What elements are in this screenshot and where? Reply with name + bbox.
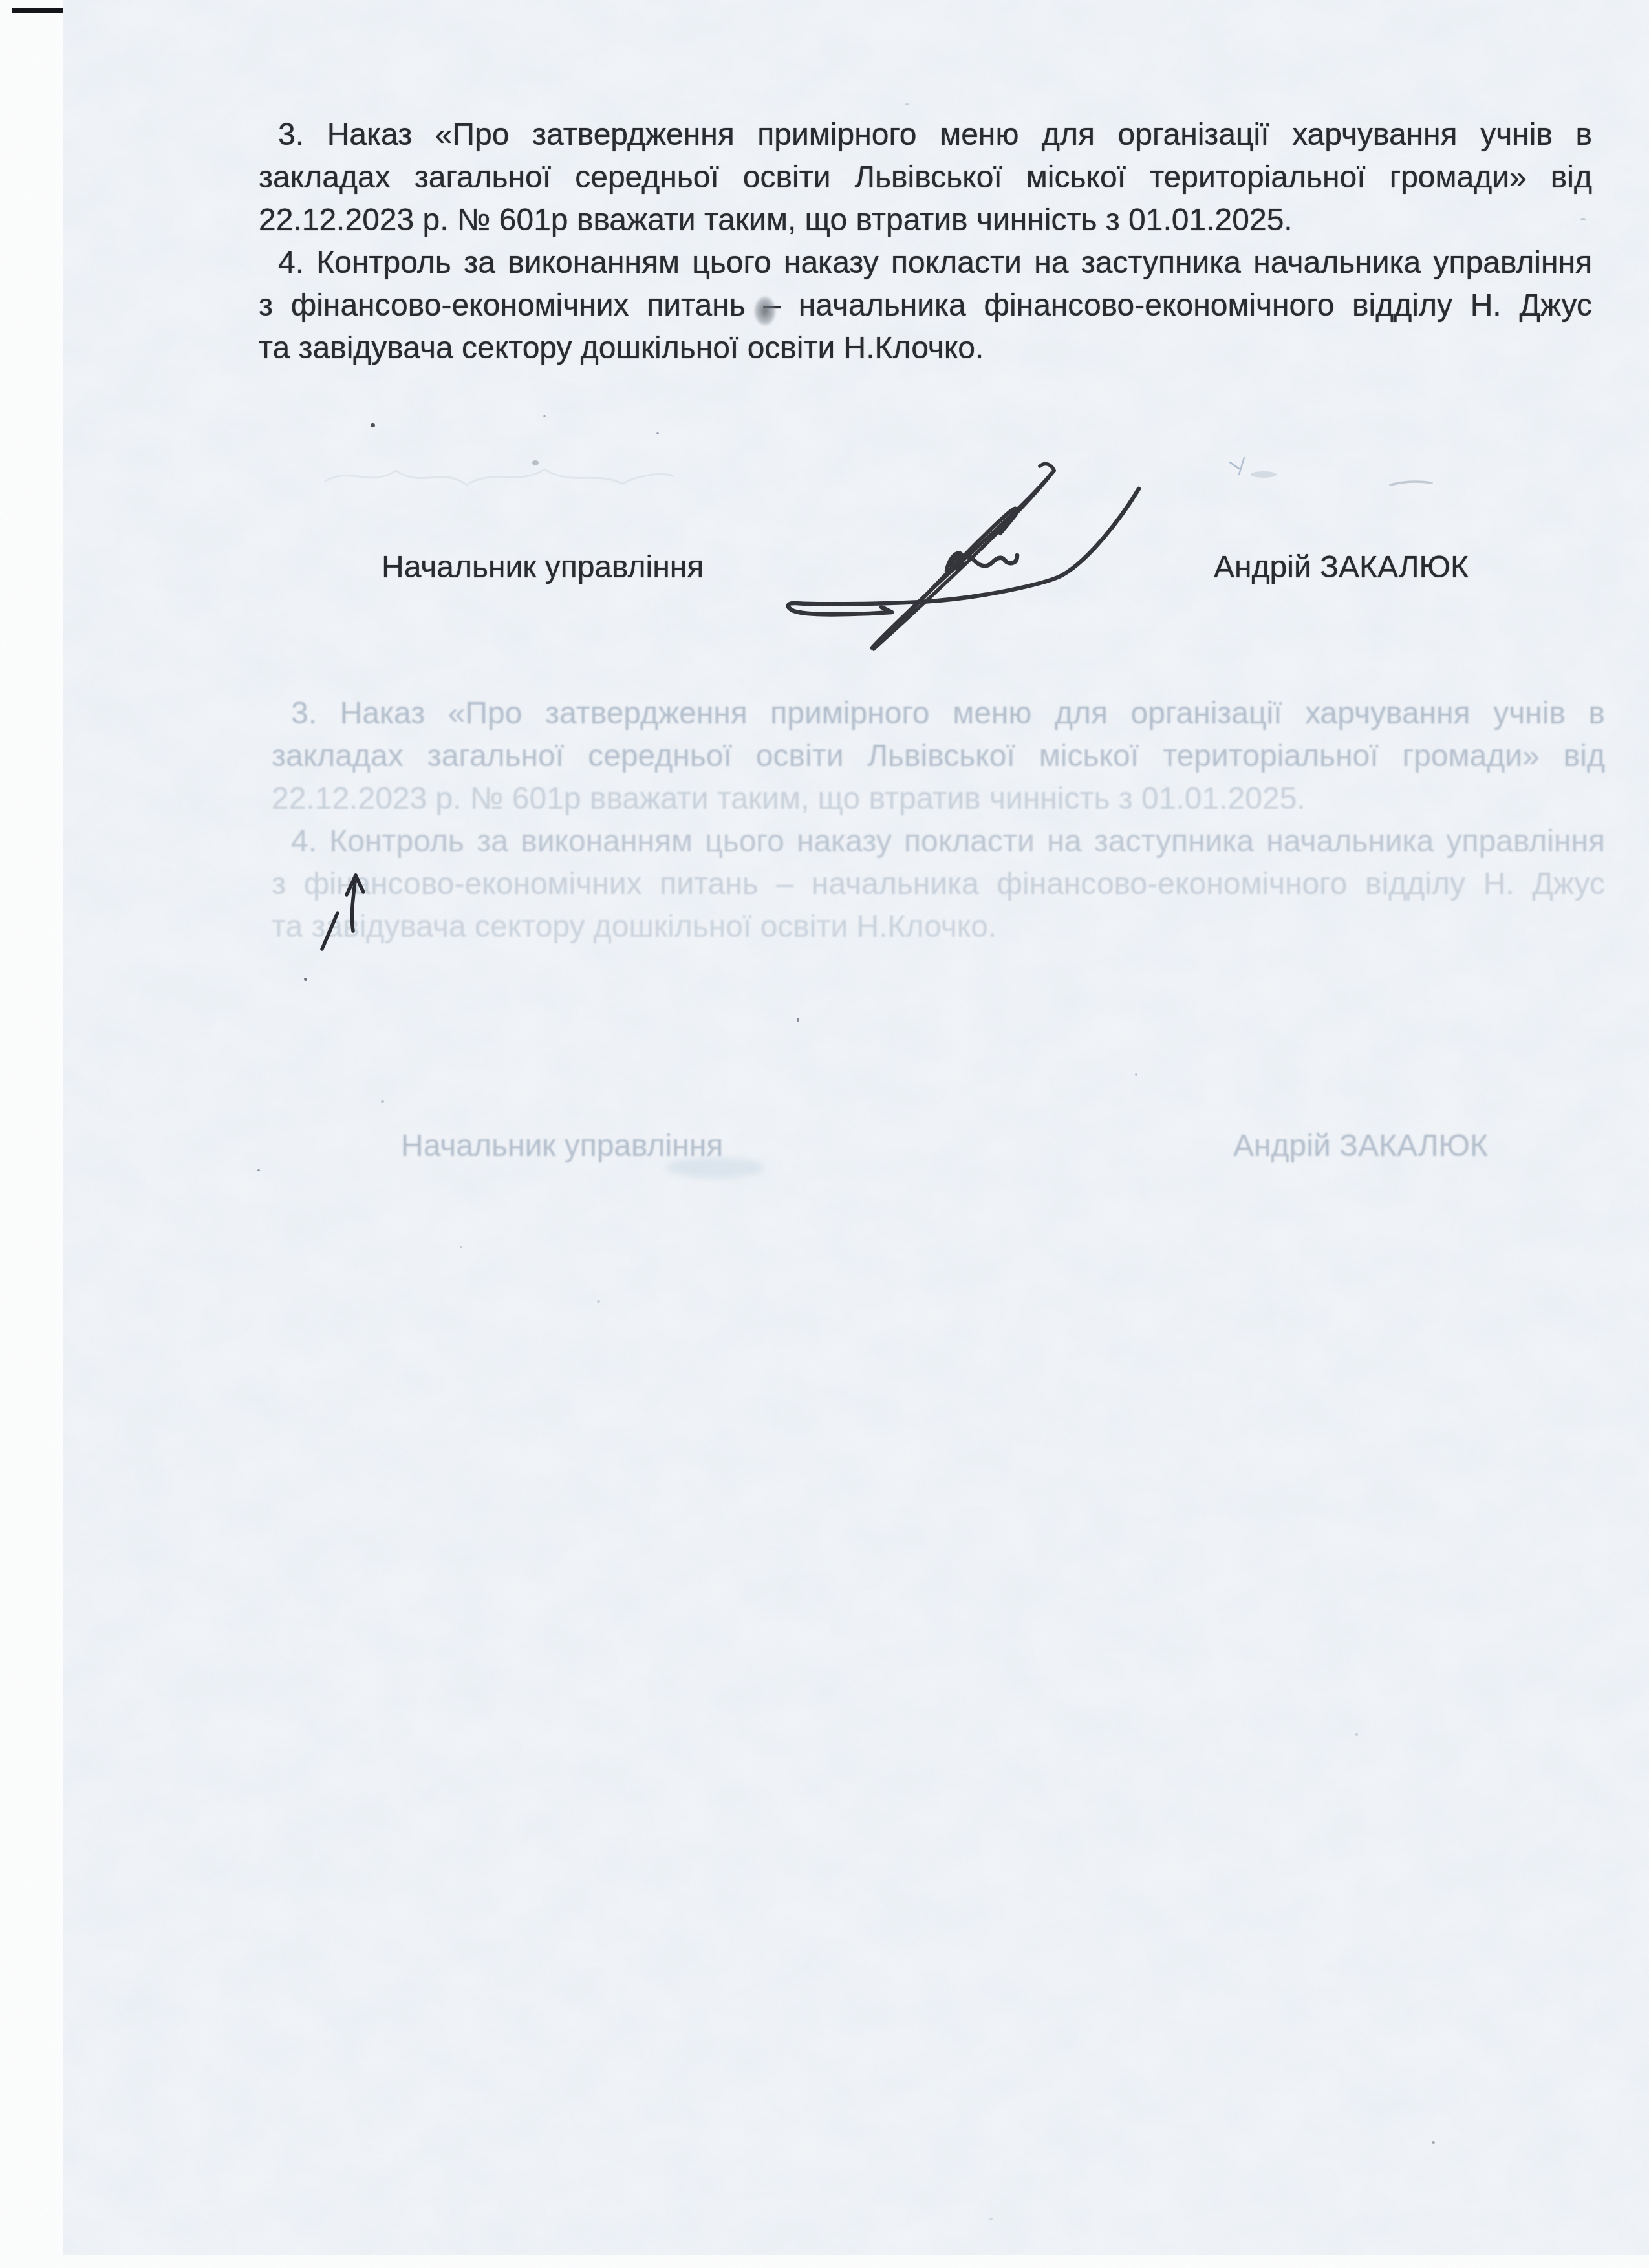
dust-speck: [656, 432, 659, 434]
ghost-text-block: 3. Наказ «Про затвердження примірного ме…: [272, 692, 1605, 948]
ghost-line-4: 4. Контроль за виконанням цього наказу п…: [272, 820, 1605, 863]
ink-smudge: [754, 296, 776, 326]
dust-speck: [1135, 1073, 1137, 1076]
order-line-6: та завідувача сектору дошкільної освіти …: [259, 327, 1592, 370]
order-line-5: з фінансово-економічних питань – начальн…: [259, 284, 1592, 327]
handwritten-signature: [773, 443, 1161, 656]
order-line-1: 3. Наказ «Про затвердження примірного ме…: [259, 114, 1592, 156]
faint-scribble-right: [1217, 446, 1514, 504]
dust-speck: [460, 1246, 462, 1248]
dust-speck: [532, 460, 539, 465]
dust-speck: [1432, 2141, 1435, 2144]
signatory-title: Начальник управління: [382, 546, 704, 589]
dust-speck: [304, 978, 307, 981]
order-line-4: 4. Контроль за виконанням цього наказу п…: [259, 242, 1592, 284]
ghost-line-5: з фінансово-економічних питань – начальн…: [272, 863, 1605, 906]
scanner-edge-bar: [12, 8, 63, 13]
dust-speck: [989, 2218, 993, 2220]
pen-mark: [310, 866, 388, 957]
ghost-signatory-name: Андрій ЗАКАЛЮК: [1233, 1125, 1488, 1168]
dust-speck: [1355, 1733, 1358, 1736]
ghost-line-3: 22.12.2023 р. № 601р вважати таким, що в…: [272, 778, 1605, 820]
dust-speck: [381, 1100, 384, 1103]
signatory-name: Андрій ЗАКАЛЮК: [1214, 546, 1469, 589]
faint-scribble-left: [312, 453, 700, 504]
dust-speck: [597, 1300, 600, 1303]
dust-speck: [905, 103, 909, 105]
ghost-line-2: закладах загальної середньої освіти Льві…: [272, 735, 1605, 778]
ghost-signature-row: Начальник управління Андрій ЗАКАЛЮК: [278, 1125, 1611, 1168]
dust-speck: [371, 423, 375, 427]
order-line-2: закладах загальної середньої освіти Льві…: [259, 156, 1592, 199]
order-text-block: 3. Наказ «Про затвердження примірного ме…: [259, 114, 1592, 370]
dust-speck: [257, 1169, 260, 1171]
dust-speck: [543, 415, 546, 417]
dust-speck: [797, 1018, 799, 1022]
dust-speck: [1580, 218, 1586, 220]
scanned-page: 3. Наказ «Про затвердження примірного ме…: [0, 0, 1649, 2268]
ghost-line-1: 3. Наказ «Про затвердження примірного ме…: [272, 692, 1605, 735]
ghost-ink-smear: [666, 1157, 763, 1178]
order-line-3: 22.12.2023 р. № 601р вважати таким, що в…: [259, 199, 1592, 242]
ghost-line-6: та завідувача сектору дошкільної освіти …: [272, 906, 1605, 948]
